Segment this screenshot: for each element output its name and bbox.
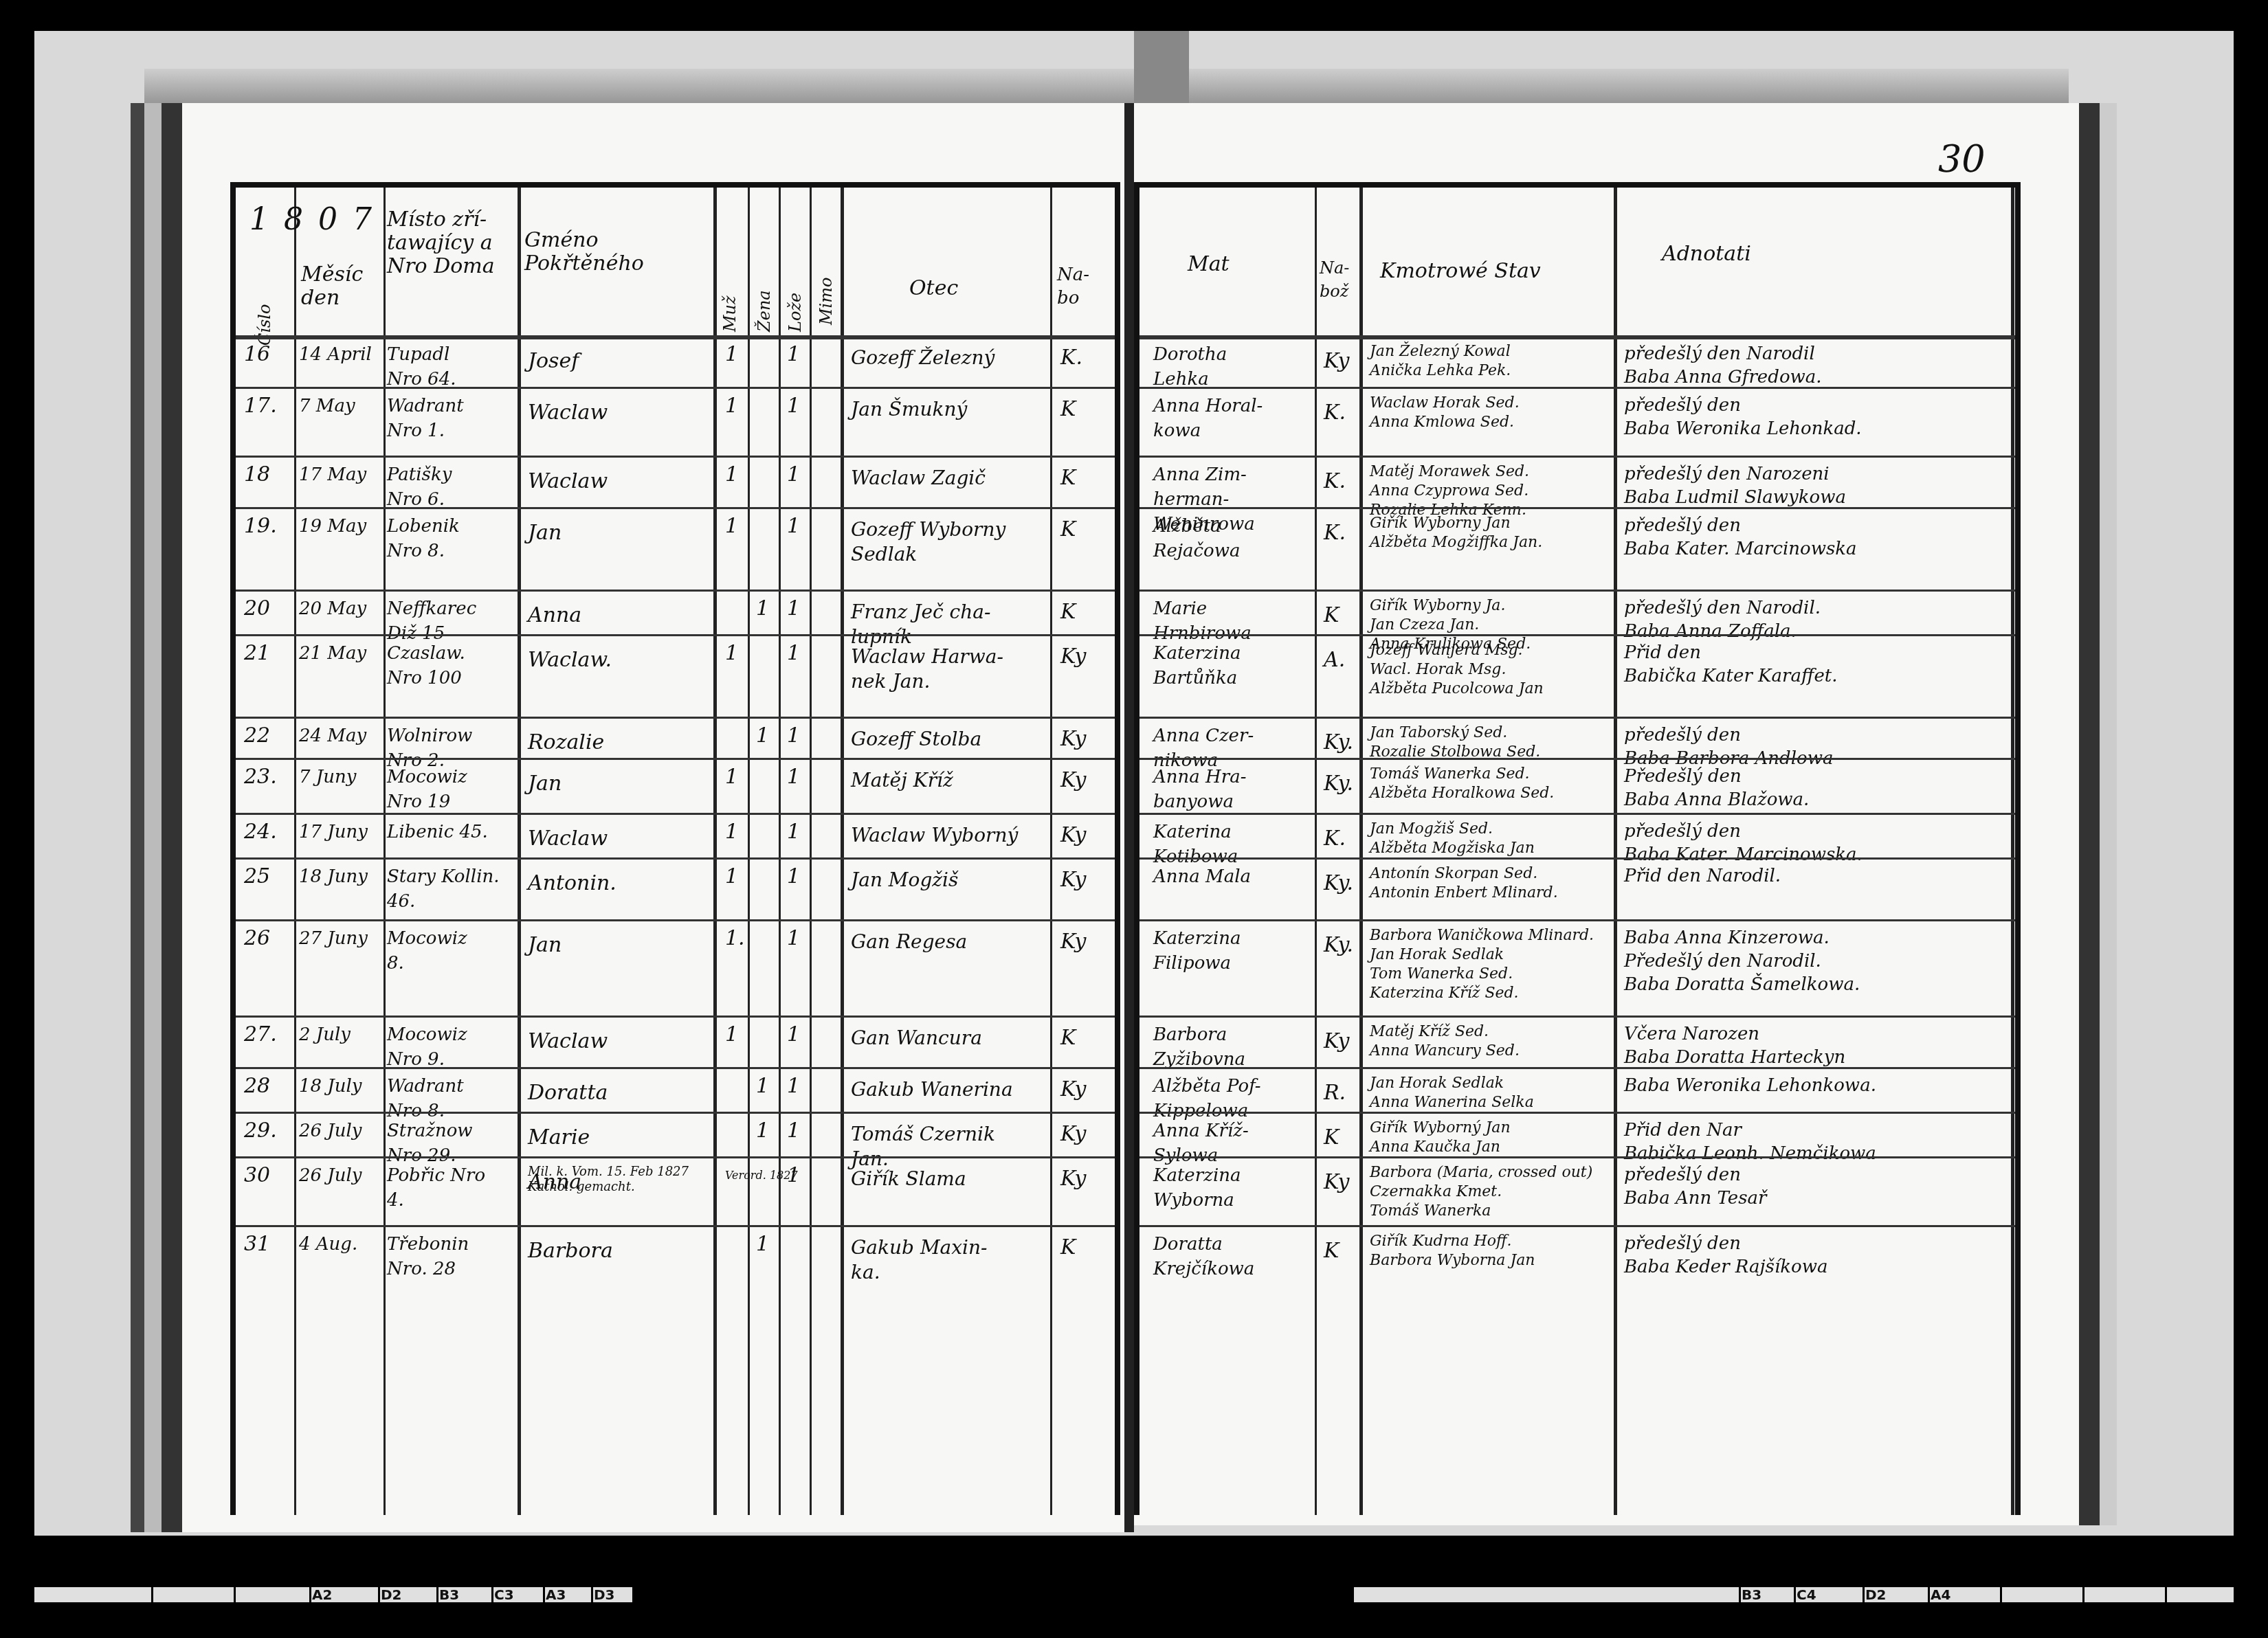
entry-male: 1.: [725, 926, 745, 951]
entry-date: 27 Juny: [299, 926, 381, 951]
entry-child-name: Rozalie: [528, 730, 710, 755]
entry-name-note: Mil. k. Vom. 15. Feb 1827 Kathol. gemach…: [528, 1165, 710, 1195]
entry-mother-religion: K.: [1324, 401, 1346, 425]
entry-number: 16: [244, 342, 270, 367]
entry-father: Gozeff Wyborny Sedlak: [851, 517, 1047, 567]
entry-place: Lobenik Nro 8.: [387, 514, 514, 563]
entry-female: 1: [756, 723, 769, 748]
entry-father: Tomáš Czernik Jan.: [851, 1122, 1047, 1171]
entry-male: 1: [725, 1022, 738, 1047]
entry-number: 22: [244, 723, 270, 748]
entry-mother-religion: Ky: [1324, 1170, 1349, 1195]
row-separator: [1139, 1225, 2015, 1227]
entry-place: Třebonin Nro. 28: [387, 1232, 514, 1281]
entry-remarks: Včera Narozen Baba Doratta Harteckyn: [1624, 1022, 2009, 1069]
entry-religion: K: [1060, 397, 1076, 422]
header-religion: Na- bo: [1057, 263, 1089, 310]
entry-mother-religion: K: [1324, 1125, 1339, 1150]
entry-date: 17 May: [299, 462, 381, 487]
entry-father: Giřík Slama: [851, 1167, 1047, 1191]
entry-legitimate: 1: [787, 765, 800, 789]
entry-remarks: předešlý den Narodil Baba Anna Gfredowa.: [1624, 342, 2009, 389]
entry-religion: K: [1060, 1026, 1076, 1051]
entry-male: 1: [725, 514, 738, 539]
header-name: Gméno Pokřtěného: [524, 229, 644, 276]
entry-remarks: předešlý den Narozeni Baba Ludmil Slawyk…: [1624, 462, 2009, 509]
entry-female: 1: [756, 596, 769, 621]
entry-religion: Ky: [1060, 823, 1086, 848]
entry-legitimate: 1: [787, 641, 800, 666]
entry-place: Neffkarec Diž 15: [387, 596, 514, 646]
row-separator: [236, 1225, 1115, 1227]
entry-religion: Ky: [1060, 644, 1086, 669]
entry-legitimate: 1: [787, 820, 800, 844]
entry-godparents: Giřík Wyborny Jan Alžběta Mogžiffka Jan.: [1370, 514, 1610, 552]
ruler-label: A2: [309, 1587, 332, 1602]
entry-date: 14 April: [299, 342, 381, 367]
entry-legitimate: 1: [787, 394, 800, 418]
entry-legitimate: 1: [787, 514, 800, 539]
entry-number: 27.: [244, 1022, 277, 1047]
entry-female: 1: [756, 1119, 769, 1143]
header-remarks: Adnotati: [1662, 243, 1751, 266]
entry-religion: Ky: [1060, 1122, 1086, 1147]
entry-mother: Marie Hrnbirowa: [1153, 596, 1311, 646]
entry-child-name: Jan: [528, 772, 710, 796]
entry-child-name: Waclaw: [528, 827, 710, 851]
header-place: Místo zří- tawajícy a Nro Doma: [387, 208, 495, 278]
row-separator: [1139, 813, 2015, 815]
entry-mother-religion: Ky: [1324, 349, 1349, 374]
entry-place: Wadrant Nro 1.: [387, 394, 514, 443]
header-female: Žena: [753, 263, 776, 332]
entry-child-name: Waclaw.: [528, 648, 710, 673]
entry-date: 7 May: [299, 394, 381, 418]
row-separator: [1139, 507, 2015, 509]
entry-place: Czaslaw. Nro 100: [387, 641, 514, 691]
entry-male: 1: [725, 394, 738, 418]
entry-place: Wadrant Nro 8.: [387, 1074, 514, 1123]
row-separator: [236, 387, 1115, 389]
entry-mother-religion: K: [1324, 1239, 1339, 1264]
entry-date: 19 May: [299, 514, 381, 539]
entry-godparents: Matěj Kříž Sed. Anna Wancury Sed.: [1370, 1022, 1610, 1061]
row-separator: [1139, 758, 2015, 760]
entry-religion: Ky: [1060, 868, 1086, 893]
entry-father: Gakub Maxin- ka.: [851, 1235, 1047, 1285]
entry-date: 20 May: [299, 596, 381, 621]
row-separator: [1139, 1016, 2015, 1018]
row-separator: [236, 1016, 1115, 1018]
row-separator: [236, 634, 1115, 636]
entry-number: 23.: [244, 765, 277, 789]
entry-child-name: Waclaw: [528, 1029, 710, 1054]
entry-child-name: Jan: [528, 933, 710, 958]
entry-date: 24 May: [299, 723, 381, 748]
entry-legitimate: 1: [787, 864, 800, 889]
entry-religion: K: [1060, 1235, 1076, 1260]
entry-mother-religion: K: [1324, 603, 1339, 628]
entry-remarks: předešlý den Baba Kater. Marcinowska: [1624, 514, 2009, 561]
entry-remarks: předešlý den Baba Barbora Andlowa: [1624, 723, 2009, 770]
entry-number: 31: [244, 1232, 270, 1257]
header-month-day: Měsíc den: [301, 263, 363, 310]
entry-godparents: Jan Taborský Sed. Rozalie Stolbowa Sed.: [1370, 723, 1610, 762]
row-separator: [236, 456, 1115, 458]
entry-place: Mocowiz 8.: [387, 926, 514, 976]
ruler-label: D2: [1863, 1587, 1887, 1602]
entry-remarks: předešlý den Baba Ann Tesař: [1624, 1163, 2009, 1210]
entry-remarks: Baba Anna Kinzerowa. Předešlý den Narodi…: [1624, 926, 2009, 996]
row-separator: [236, 857, 1115, 860]
entry-remarks: Předešlý den Baba Anna Blažowa.: [1624, 765, 2009, 811]
entry-number: 17.: [244, 394, 277, 418]
ruler-tick: [2165, 1587, 2167, 1602]
row-separator: [236, 758, 1115, 760]
entry-religion: K: [1060, 517, 1076, 542]
row-separator: [1139, 1067, 2015, 1069]
entry-religion: Ky: [1060, 1167, 1086, 1191]
entry-godparents: Waclaw Horak Sed. Anna Kmlowa Sed.: [1370, 394, 1610, 432]
entry-father: Franz Ječ cha- lupník: [851, 600, 1047, 649]
header-mother: Mat: [1188, 253, 1230, 276]
entry-legitimate: 1: [787, 342, 800, 367]
entry-mother: Katerzina Filipowa: [1153, 926, 1311, 976]
ruler-label: D2: [378, 1587, 402, 1602]
ruler-tick: [2000, 1587, 2002, 1602]
row-separator: [1139, 387, 2015, 389]
entry-female: 1: [756, 1232, 769, 1257]
row-separator: [1139, 634, 2015, 636]
row-separator: [1139, 717, 2015, 719]
entry-date: 18 Juny: [299, 864, 381, 889]
entry-number: 28: [244, 1074, 270, 1099]
row-separator: [236, 1067, 1115, 1069]
ruler-tick: [2082, 1587, 2084, 1602]
ruler-label: A3: [543, 1587, 566, 1602]
entry-religion: Ky: [1060, 930, 1086, 954]
entry-number: 29.: [244, 1119, 277, 1143]
header-rule: [236, 335, 1115, 339]
entry-child-name: Anna: [528, 603, 710, 628]
entry-remarks: Přid den Babička Kater Karaffet.: [1624, 641, 2009, 688]
entry-mother: Katerina Kotibowa: [1153, 820, 1311, 869]
entry-number: 26: [244, 926, 270, 951]
ruler-label: C3: [491, 1587, 514, 1602]
entry-mother: Doratta Krejčíkowa: [1153, 1232, 1311, 1281]
entry-mother-religion: Ky: [1324, 1029, 1349, 1054]
entry-father: Jan Šmukný: [851, 397, 1047, 422]
entry-number: 20: [244, 596, 270, 621]
entry-mother: Katerzina Bartůňka: [1153, 641, 1311, 691]
entry-child-name: Barbora: [528, 1239, 710, 1264]
entry-mother-religion: Ky.: [1324, 871, 1353, 896]
entry-remarks: Baba Weronika Lehonkowa.: [1624, 1074, 2009, 1097]
entry-father: Gozeff Železný: [851, 346, 1047, 370]
header-legitimate: Lože: [783, 263, 807, 332]
entry-godparents: Jan Mogžiš Sed. Alžběta Mogžiska Jan: [1370, 820, 1610, 858]
entry-mother: Anna Kříž- Sylowa: [1153, 1119, 1311, 1168]
entry-mother: Anna Mala: [1153, 864, 1311, 889]
entry-religion: K: [1060, 600, 1076, 625]
entry-mother: Alžběta Rejačowa: [1153, 514, 1311, 563]
book-gutter: [1124, 103, 1134, 1532]
entry-place: Pobřic Nro 4.: [387, 1163, 514, 1213]
entry-father: Matěj Kříž: [851, 768, 1047, 793]
row-separator: [1139, 857, 2015, 860]
row-separator: [1139, 919, 2015, 921]
entry-godparents: Barbora (Maria, crossed out) Czernakka K…: [1370, 1163, 1610, 1221]
ruler-label: B3: [1739, 1587, 1761, 1602]
entry-legitimate: 1: [787, 926, 800, 951]
header-father: Otec: [909, 277, 958, 300]
page-number: 30: [1938, 137, 1986, 181]
entry-mother-religion: K.: [1324, 827, 1346, 851]
entry-male: 1: [725, 462, 738, 487]
entry-mother-religion: Ky.: [1324, 772, 1353, 796]
row-separator: [1139, 1156, 2015, 1158]
entry-religion: Ky: [1060, 1077, 1086, 1102]
entry-number: 25: [244, 864, 270, 889]
entry-date: 26 July: [299, 1163, 381, 1188]
entry-legitimate: 1: [787, 596, 800, 621]
entry-mother: Katerzina Wyborna: [1153, 1163, 1311, 1213]
register-table-right: Mat Na- bož Kmotrowé Stav Adnotati Dorot…: [1134, 182, 2021, 1515]
row-separator: [236, 1156, 1115, 1158]
entry-place: Mocowiz Nro 19: [387, 765, 514, 814]
entry-legitimate: 1: [787, 1022, 800, 1047]
entry-father: Waclaw Zagič: [851, 466, 1047, 491]
entry-religion: K.: [1060, 346, 1082, 370]
entry-mother-religion: A.: [1324, 648, 1345, 673]
ruler-label: B3: [436, 1587, 459, 1602]
entry-date: 21 May: [299, 641, 381, 666]
entry-mother-religion: K.: [1324, 469, 1346, 494]
register-table-left: 1807 Číslo Měsíc den Místo zří- tawajícy…: [230, 182, 1120, 1515]
entry-number: 21: [244, 641, 270, 666]
ruler-label: D3: [591, 1587, 615, 1602]
entry-mother-religion: Ky.: [1324, 730, 1353, 755]
header-godparents: Kmotrowé Stav: [1380, 260, 1541, 283]
entry-mother: Barbora Zyžibovna: [1153, 1022, 1311, 1072]
header-illegitimate: Mimo: [814, 249, 838, 325]
entry-mother: Anna Horal- kowa: [1153, 394, 1311, 443]
entry-father: Gan Wancura: [851, 1026, 1047, 1051]
entry-godparents: Tomáš Wanerka Sed. Alžběta Horalkowa Sed…: [1370, 765, 1610, 803]
entry-number: 30: [244, 1163, 270, 1188]
row-separator: [236, 1112, 1115, 1114]
entry-legitimate: 1: [787, 462, 800, 487]
row-separator: [1139, 456, 2015, 458]
entry-mother: Alžběta Pof- Kippelowa: [1153, 1074, 1311, 1123]
entry-godparents: Jan Železný Kowal Anička Lehka Pek.: [1370, 342, 1610, 381]
entry-child-name: Doratta: [528, 1081, 710, 1106]
entry-number: 19.: [244, 514, 277, 539]
entry-date: 18 July: [299, 1074, 381, 1099]
entry-child-name: Marie: [528, 1125, 710, 1150]
ruler-tick: [234, 1587, 236, 1602]
entry-child-name: Waclaw: [528, 469, 710, 494]
row-separator: [236, 717, 1115, 719]
entry-male: 1: [725, 641, 738, 666]
entry-father: Gakub Wanerina: [851, 1077, 1047, 1102]
row-separator: [1139, 590, 2015, 592]
entry-place: Stary Kollin. 46.: [387, 864, 514, 914]
header-rule: [1139, 335, 2015, 339]
entry-godparents: Matěj Morawek Sed. Anna Czyprowa Sed. Ro…: [1370, 462, 1610, 520]
entry-religion: K: [1060, 466, 1076, 491]
entry-number: 18: [244, 462, 270, 487]
entry-religion: Ky: [1060, 727, 1086, 752]
entry-religion: Ky: [1060, 768, 1086, 793]
entry-godparents: Giřík Wyborný Jan Anna Kaučka Jan: [1370, 1119, 1610, 1157]
row-separator: [1139, 1112, 2015, 1114]
row-separator: [236, 813, 1115, 815]
entry-place: Patišky Nro 6.: [387, 462, 514, 512]
entry-place: Stražnow Nro 29.: [387, 1119, 514, 1168]
entry-legitimate: 1: [787, 1074, 800, 1099]
entry-place: Libenic 45.: [387, 820, 514, 844]
entry-godparents: Barbora Waničkowa Mlinard. Jan Horak Sed…: [1370, 926, 1610, 1003]
entry-godparents: Giřík Kudrna Hoff. Barbora Wyborna Jan: [1370, 1232, 1610, 1270]
entry-child-name: Josef: [528, 349, 710, 374]
row-separator: [236, 919, 1115, 921]
entry-legitimate: 1: [787, 1163, 800, 1188]
entry-female: 1: [756, 1074, 769, 1099]
entry-date: 7 Juny: [299, 765, 381, 789]
entry-remarks: předešlý den Baba Weronika Lehonkad.: [1624, 394, 2009, 440]
entry-place: Mocowiz Nro 9.: [387, 1022, 514, 1072]
entry-remarks: předešlý den Baba Keder Rajšíkowa: [1624, 1232, 2009, 1279]
entry-male: 1: [725, 820, 738, 844]
entry-number: 24.: [244, 820, 277, 844]
entry-mother: Dorotha Lehka: [1153, 342, 1311, 392]
entry-godparents: Jan Horak Sedlak Anna Wanerina Selka: [1370, 1074, 1610, 1112]
entry-date: 2 July: [299, 1022, 381, 1047]
entry-remarks: Přid den Narodil.: [1624, 864, 2009, 888]
header-year: 1807: [249, 208, 387, 232]
entry-male: 1: [725, 342, 738, 367]
entry-legitimate: 1: [787, 723, 800, 748]
entry-date: 26 July: [299, 1119, 381, 1143]
header-number: Číslo: [253, 263, 276, 346]
ruler-tick: [151, 1587, 153, 1602]
row-separator: [236, 590, 1115, 592]
entry-date: 4 Aug.: [299, 1232, 381, 1257]
entry-godparents: Jozeff Wanjera Msg. Wacl. Horak Msg. Alž…: [1370, 641, 1610, 699]
ruler-label: A4: [1928, 1587, 1950, 1602]
entry-child-name: Jan: [528, 521, 710, 546]
entry-father: Waclaw Harwa- nek Jan.: [851, 644, 1047, 694]
ruler-shadow: [632, 1580, 1354, 1608]
entry-mother-religion: K.: [1324, 521, 1346, 546]
entry-godparents: Antonín Skorpan Sed. Antonin Enbert Mlin…: [1370, 864, 1610, 903]
entry-mother-religion: Ky.: [1324, 933, 1353, 958]
entry-male: 1: [725, 765, 738, 789]
entry-place: Tupadl Nro 64.: [387, 342, 514, 392]
entry-male: 1: [725, 864, 738, 889]
entry-father: Gozeff Stolba: [851, 727, 1047, 752]
header-male: Muž: [718, 263, 742, 332]
entry-mother: Anna Hra- banyowa: [1153, 765, 1311, 814]
entry-father: Gan Regesa: [851, 930, 1047, 954]
entry-father: Jan Mogžiš: [851, 868, 1047, 893]
header-mother-religion: Na- bož: [1320, 256, 1349, 303]
entry-child-name: Waclaw: [528, 401, 710, 425]
row-separator: [236, 507, 1115, 509]
entry-mother-religion: R.: [1324, 1081, 1346, 1106]
entry-father: Waclaw Wyborný: [851, 823, 1047, 848]
entry-date: 17 Juny: [299, 820, 381, 844]
entry-child-name: Antonin.: [528, 871, 710, 896]
entry-legitimate: 1: [787, 1119, 800, 1143]
ruler-label: C4: [1794, 1587, 1816, 1602]
